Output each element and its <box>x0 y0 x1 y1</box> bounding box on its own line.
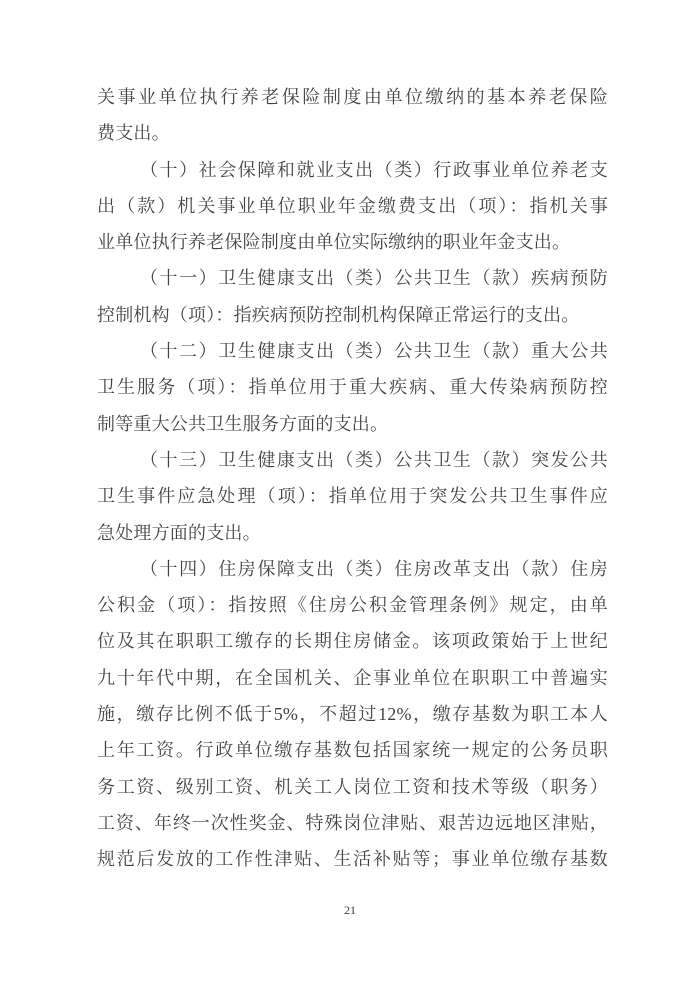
text-line: 公积金（项）：指按照《住房公积金管理条例》规定，由单 <box>97 587 608 623</box>
text-line: 控制机构（项）：指疾病预防控制机构保障正常运行的支出。 <box>97 297 608 333</box>
text-line: （十四）住房保障支出（类）住房改革支出（款）住房 <box>97 551 608 587</box>
text-line: 卫生服务（项）：指单位用于重大疾病、重大传染病预防控 <box>97 369 608 405</box>
text-line: 费支出。 <box>97 115 608 151</box>
text-line: 规范后发放的工作性津贴、生活补贴等；事业单位缴存基数 <box>97 841 608 877</box>
text-line: （十一）卫生健康支出（类）公共卫生（款）疾病预防 <box>97 260 608 296</box>
document-page: 关事业单位执行养老保险制度由单位缴纳的基本养老保险 费支出。 （十）社会保障和就… <box>0 0 700 982</box>
text-line: 九十年代中期，在全国机关、企事业单位在职职工中普遍实 <box>97 660 608 696</box>
text-line: 急处理方面的支出。 <box>97 515 608 551</box>
text-line: 务工资、级别工资、机关工人岗位工资和技术等级（职务） <box>97 769 608 805</box>
text-line: 出（款）机关事业单位职业年金缴费支出（项）：指机关事 <box>97 188 608 224</box>
text-line: （十三）卫生健康支出（类）公共卫生（款）突发公共 <box>97 442 608 478</box>
text-line: 业单位执行养老保险制度由单位实际缴纳的职业年金支出。 <box>97 224 608 260</box>
text-line: 工资、年终一次性奖金、特殊岗位津贴、艰苦边远地区津贴， <box>97 805 608 841</box>
text-line: 关事业单位执行养老保险制度由单位缴纳的基本养老保险 <box>97 79 608 115</box>
text-line: （十）社会保障和就业支出（类）行政事业单位养老支 <box>97 152 608 188</box>
text-line: 位及其在职职工缴存的长期住房储金。该项政策始于上世纪 <box>97 623 608 659</box>
text-line: 上年工资。行政单位缴存基数包括国家统一规定的公务员职 <box>97 732 608 768</box>
text-line: 卫生事件应急处理（项）：指单位用于突发公共卫生事件应 <box>97 478 608 514</box>
text-line: （十二）卫生健康支出（类）公共卫生（款）重大公共 <box>97 333 608 369</box>
text-line: 施，缴存比例不低于5%，不超过12%，缴存基数为职工本人 <box>97 696 608 732</box>
text-line: 制等重大公共卫生服务方面的支出。 <box>97 406 608 442</box>
body-text: 关事业单位执行养老保险制度由单位缴纳的基本养老保险 费支出。 （十）社会保障和就… <box>97 79 608 878</box>
page-number: 21 <box>0 903 700 918</box>
